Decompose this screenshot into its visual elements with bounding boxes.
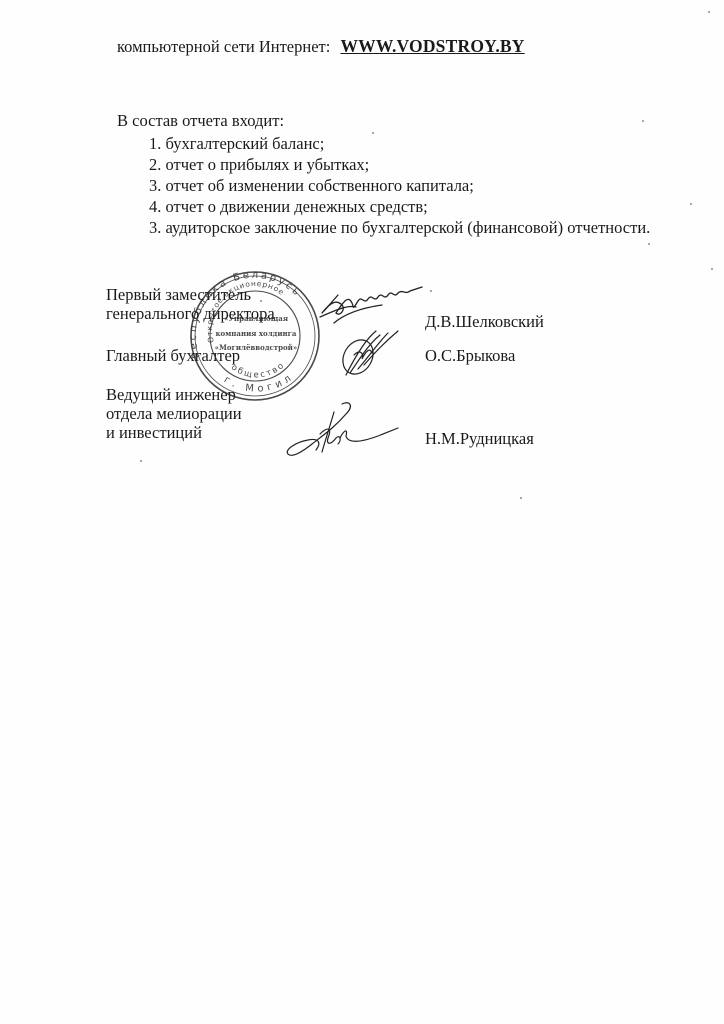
signatory-name-chief-accountant: О.С.Брыкова — [425, 346, 515, 366]
svg-text:г. Могилёв: г. Могилёв — [180, 262, 297, 395]
scan-speck — [648, 243, 650, 245]
position-line: генерального директора — [106, 304, 275, 323]
signatory-position-chief-accountant: Главный бухгалтер — [106, 346, 240, 365]
position-line: Ведущий инженер — [106, 385, 242, 404]
scan-speck — [690, 203, 692, 205]
stamp-bottom-text: г. Могилёв — [180, 262, 297, 395]
document-page: компьютерной сети Интернет: WWW.VODSTROY… — [0, 0, 724, 1024]
scan-speck — [430, 290, 432, 292]
signature-first-deputy — [318, 283, 428, 333]
composition-item: 2. отчет о прибылях и убытках; — [149, 154, 650, 175]
stamp-center-line: компания холдинга — [216, 329, 297, 338]
position-line: отдела мелиорации — [106, 404, 242, 423]
signatory-position-first-deputy: Первый заместитель генерального директор… — [106, 285, 275, 323]
scan-speck — [520, 497, 522, 499]
scan-speck — [140, 460, 142, 462]
website-link[interactable]: WWW.VODSTROY.BY — [340, 36, 524, 56]
scan-speck — [260, 300, 262, 302]
internet-line: компьютерной сети Интернет: WWW.VODSTROY… — [117, 36, 525, 57]
composition-item: 3. отчет об изменении собственного капит… — [149, 175, 650, 196]
signatory-name-first-deputy: Д.В.Шелковский — [425, 312, 544, 332]
position-line: Главный бухгалтер — [106, 346, 240, 365]
position-line: и инвестиций — [106, 423, 242, 442]
composition-list: 1. бухгалтерский баланс; 2. отчет о приб… — [149, 133, 650, 238]
composition-item: 3. аудиторское заключение по бухгалтерск… — [149, 217, 650, 238]
composition-item: 1. бухгалтерский баланс; — [149, 133, 650, 154]
signature-chief-accountant — [336, 325, 406, 383]
scan-speck — [372, 132, 374, 134]
signature-lead-engineer — [282, 398, 402, 464]
internet-line-prefix: компьютерной сети Интернет: — [117, 37, 330, 56]
scan-speck — [642, 120, 644, 122]
composition-item: 4. отчет о движении денежных средств; — [149, 196, 650, 217]
position-line: Первый заместитель — [106, 285, 275, 304]
signatory-position-lead-engineer: Ведущий инженер отдела мелиорации и инве… — [106, 385, 242, 442]
signatory-name-lead-engineer: Н.М.Рудницкая — [425, 429, 534, 449]
scan-speck — [711, 268, 713, 270]
composition-title: В состав отчета входит: — [117, 111, 284, 131]
scan-speck — [708, 11, 710, 13]
